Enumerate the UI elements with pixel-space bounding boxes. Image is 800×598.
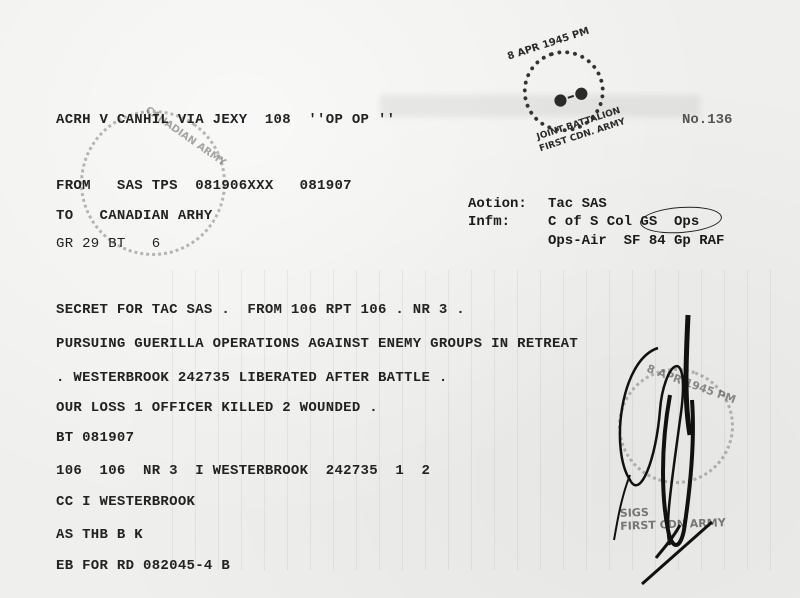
handwritten-signature [600, 300, 760, 590]
body-line-9: EB FOR RD 082045-4 B [56, 558, 230, 574]
body-line-4: OUR LOSS 1 OFFICER KILLED 2 WOUNDED . [56, 400, 378, 416]
header-line: ACRH V CANHIL VIA JEXY 108 ''OP OP '' [56, 112, 395, 128]
body-line-1: SECRET FOR TAC SAS . FROM 106 RPT 106 . … [56, 302, 465, 318]
body-line-8: AS THB B K [56, 527, 143, 543]
body-line-2: PURSUING GUERILLA OPERATIONS AGAINST ENE… [56, 336, 578, 352]
message-number: No.136 [682, 112, 732, 128]
info-value-2: Ops-Air SF 84 Gp RAF [548, 233, 724, 249]
action-label: Aotion: [468, 196, 527, 212]
body-line-5: BT 081907 [56, 430, 134, 446]
info-label: Infm: [468, 214, 510, 230]
to-line: TO CANADIAN ARHY [56, 208, 213, 224]
action-value: Tac SAS [548, 196, 607, 212]
group-line: GR 29 BT 6 [56, 236, 160, 252]
body-line-7: CC I WESTERBROOK [56, 494, 195, 510]
body-line-3: . WESTERBROOK 242735 LIBERATED AFTER BAT… [56, 370, 448, 386]
from-line: FROM SAS TPS 081906XXX 081907 [56, 178, 352, 194]
body-line-6: 106 106 NR 3 I WESTERBROOK 242735 1 2 [56, 463, 430, 479]
